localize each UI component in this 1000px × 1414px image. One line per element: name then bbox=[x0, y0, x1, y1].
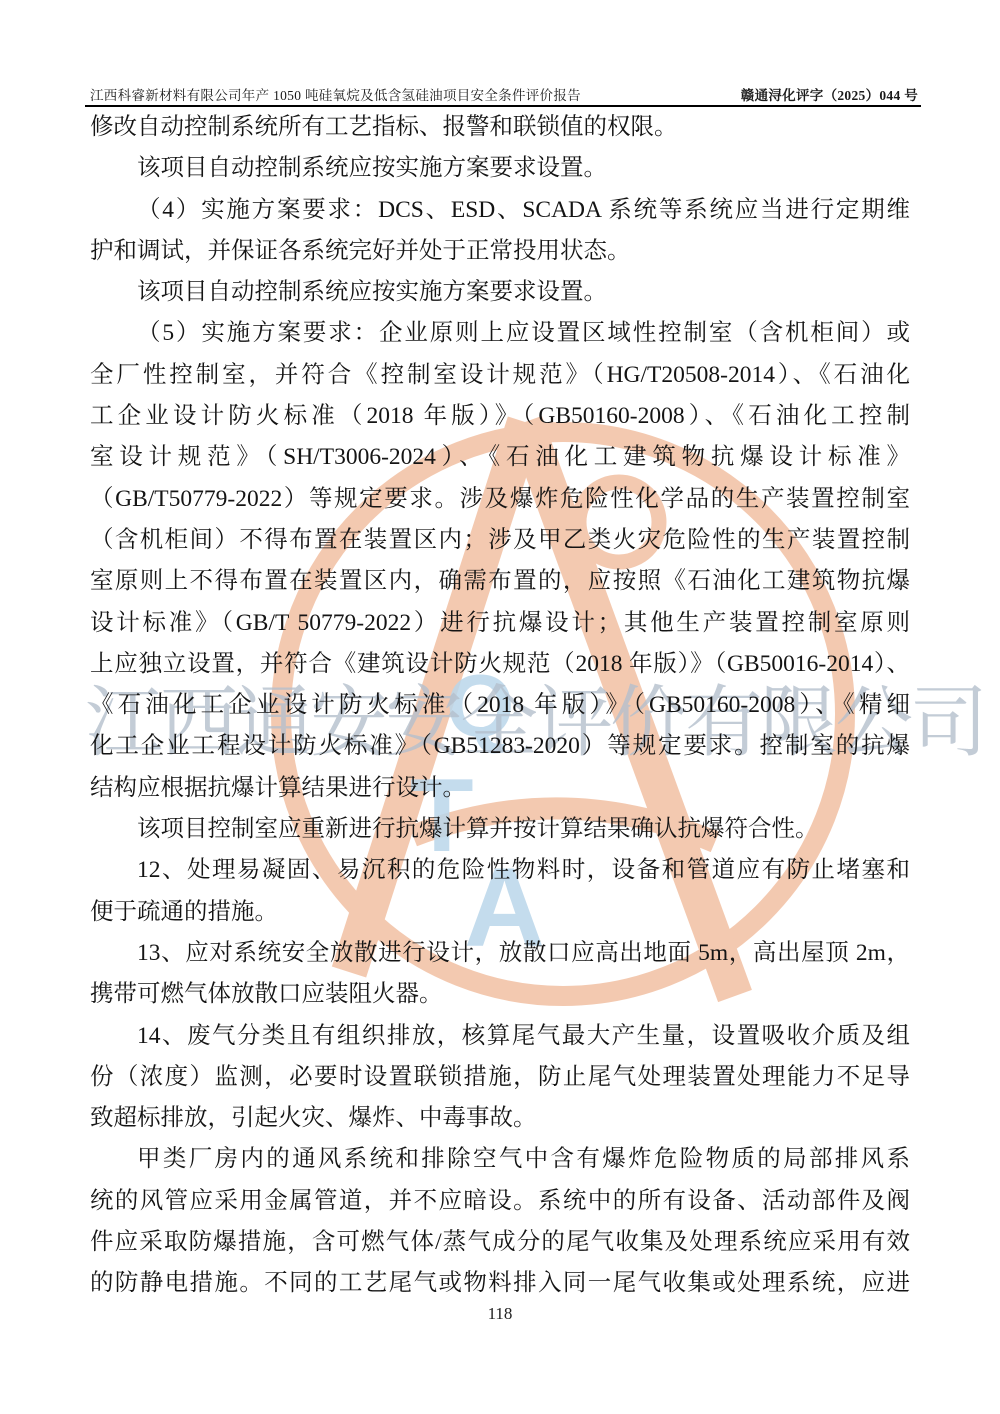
page-footer: 118 bbox=[0, 1304, 1000, 1324]
body-line: 统的风管应采用金属管道，并不应暗设。系统中的所有设备、活动部件及阀 bbox=[90, 1181, 910, 1222]
body-line: 的防静电措施。不同的工艺尾气或物料排入同一尾气收集或处理系统，应进 bbox=[90, 1263, 910, 1304]
body-text: 修改自动控制系统所有工艺指标、报警和联锁值的权限。该项目自动控制系统应按实施方案… bbox=[90, 107, 910, 1305]
header-report-title: 江西科睿新材料有限公司年产 1050 吨硅氧烷及低含氢硅油项目安全条件评价报告 bbox=[90, 84, 581, 104]
body-line: 该项目自动控制系统应按实施方案要求设置。 bbox=[90, 148, 910, 189]
body-line: 12、处理易凝固、易沉积的危险性物料时，设备和管道应有防止堵塞和 bbox=[90, 850, 910, 891]
body-line: 室设计规范》（SH/T3006-2024）、《石油化工建筑物抗爆设计标准》 bbox=[90, 437, 910, 478]
body-line: （含机柜间）不得布置在装置区内；涉及甲乙类火灾危险性的生产装置控制 bbox=[90, 520, 910, 561]
body-line: 化工企业工程设计防火标准》（GB51283-2020）等规定要求。控制室的抗爆 bbox=[90, 726, 910, 767]
body-line: （5）实施方案要求：企业原则上应设置区域性控制室（含机柜间）或 bbox=[90, 313, 910, 354]
body-line: 室原则上不得布置在装置区内，确需布置的，应按照《石油化工建筑物抗爆 bbox=[90, 561, 910, 602]
body-line: 护和调试，并保证各系统完好并处于正常投用状态。 bbox=[90, 231, 910, 272]
body-line: 14、废气分类且有组织排放，核算尾气最大产生量，设置吸收介质及组 bbox=[90, 1016, 910, 1057]
body-line: 13、应对系统安全放散进行设计，放散口应高出地面 5m，高出屋顶 2m， bbox=[90, 933, 910, 974]
body-line: 该项目自动控制系统应按实施方案要求设置。 bbox=[90, 272, 910, 313]
body-line: 《石油化工企业设计防火标准（2018 年版）》（GB50160-2008）、《精… bbox=[90, 685, 910, 726]
body-line: （4）实施方案要求：DCS、ESD、SCADA 系统等系统应当进行定期维 bbox=[90, 190, 910, 231]
body-line: 工企业设计防火标准（2018 年版）》（GB50160-2008）、《石油化工控… bbox=[90, 396, 910, 437]
body-line: 该项目控制室应重新进行抗爆计算并按计算结果确认抗爆符合性。 bbox=[90, 809, 910, 850]
page-header: 江西科睿新材料有限公司年产 1050 吨硅氧烷及低含氢硅油项目安全条件评价报告 … bbox=[90, 84, 918, 104]
body-line: 修改自动控制系统所有工艺指标、报警和联锁值的权限。 bbox=[90, 107, 910, 148]
body-line: 上应独立设置，并符合《建筑设计防火规范（2018 年版）》（GB50016-20… bbox=[90, 644, 910, 685]
body-line: 份（浓度）监测，必要时设置联锁措施，防止尾气处理装置处理能力不足导 bbox=[90, 1057, 910, 1098]
body-line: 甲类厂房内的通风系统和排除空气中含有爆炸危险物质的局部排风系 bbox=[90, 1139, 910, 1180]
body-line: 携带可燃气体放散口应装阻火器。 bbox=[90, 974, 910, 1015]
body-line: 全厂性控制室，并符合《控制室设计规范》（HG/T20508-2014）、《石油化 bbox=[90, 355, 910, 396]
body-line: 致超标排放，引起火灾、爆炸、中毒事故。 bbox=[90, 1098, 910, 1139]
header-document-number: 赣通浔化评字（2025）044 号 bbox=[741, 84, 918, 104]
body-line: （GB/T50779-2022）等规定要求。涉及爆炸危险性化学品的生产装置控制室 bbox=[90, 479, 910, 520]
body-line: 件应采取防爆措施，含可燃气体/蒸气成分的尾气收集及处理系统应采用有效 bbox=[90, 1222, 910, 1263]
body-line: 结构应根据抗爆计算结果进行设计。 bbox=[90, 768, 910, 809]
body-line: 便于疏通的措施。 bbox=[90, 892, 910, 933]
document-page: 江西科睿新材料有限公司年产 1050 吨硅氧烷及低含氢硅油项目安全条件评价报告 … bbox=[0, 0, 1000, 1414]
body-line: 设计标准》（GB/T 50779-2022）进行抗爆设计；其他生产装置控制室原则 bbox=[90, 603, 910, 644]
page-number: 118 bbox=[488, 1304, 513, 1323]
